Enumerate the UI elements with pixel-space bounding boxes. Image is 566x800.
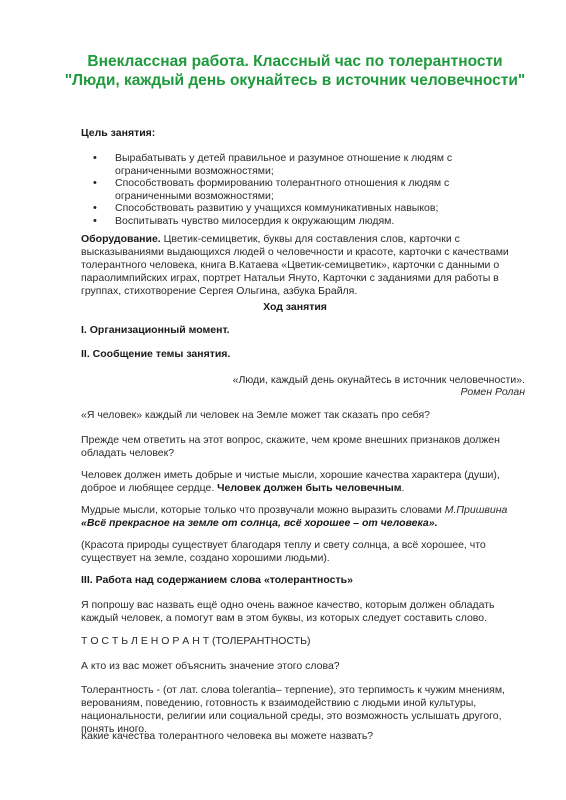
paragraph-bold: Человек должен быть человечным xyxy=(217,482,401,494)
paragraph: А кто из вас может объяснить значение эт… xyxy=(81,660,536,673)
letters-line: Т О С Т Ь Л Е Н О Р А Н Т (ТОЛЕРАНТНОСТЬ… xyxy=(81,635,536,648)
goals-list: Вырабатывать у детей правильное и разумн… xyxy=(81,152,521,227)
equipment-label: Оборудование. xyxy=(81,233,161,245)
paragraph: «Я человек» каждый ли человек на Земле м… xyxy=(81,409,536,422)
list-item: Способствовать развитию у учащихся комму… xyxy=(81,202,521,215)
equipment-paragraph: Оборудование. Цветик-семицветик, буквы д… xyxy=(81,233,536,298)
quote-author: М.Пришвина xyxy=(445,504,508,516)
paragraph: (Красота природы существует благодаря те… xyxy=(81,539,531,565)
page-title: Внеклассная работа. Классный час по толе… xyxy=(60,52,530,90)
list-item: Вырабатывать у детей правильное и разумн… xyxy=(81,152,521,177)
section-tolerance-word: III. Работа над содержанием слова «толер… xyxy=(81,574,536,587)
paragraph: Мудрые мысли, которые только что прозвуч… xyxy=(81,504,521,530)
paragraph: Прежде чем ответить на этот вопрос, скаж… xyxy=(81,434,526,460)
paragraph: Какие качества толерантного человека вы … xyxy=(81,730,536,743)
goals-heading: Цель занятия: xyxy=(81,127,536,140)
list-item: Способствовать формированию толерантного… xyxy=(81,177,521,202)
lesson-heading: Ход занятия xyxy=(60,301,530,314)
epigraph-author: Ромен Ролан xyxy=(80,386,525,399)
paragraph-text: . xyxy=(401,482,404,494)
paragraph-text: Мудрые мысли, которые только что прозвуч… xyxy=(81,504,445,516)
section-topic: II. Сообщение темы занятия. xyxy=(81,348,536,361)
definition-paragraph: Толерантность - (от лат. слова toleranti… xyxy=(81,684,536,736)
document-page: Внеклассная работа. Классный час по толе… xyxy=(0,0,566,800)
section-organizational: I. Организационный момент. xyxy=(81,324,536,337)
paragraph: Человек должен иметь добрые и чистые мыс… xyxy=(81,469,526,495)
list-item: Воспитывать чувство милосердия к окружаю… xyxy=(81,215,521,228)
quote-text: «Всё прекрасное на земле от солнца, всё … xyxy=(81,517,438,529)
paragraph: Я попрошу вас назвать ещё одно очень важ… xyxy=(81,599,516,625)
